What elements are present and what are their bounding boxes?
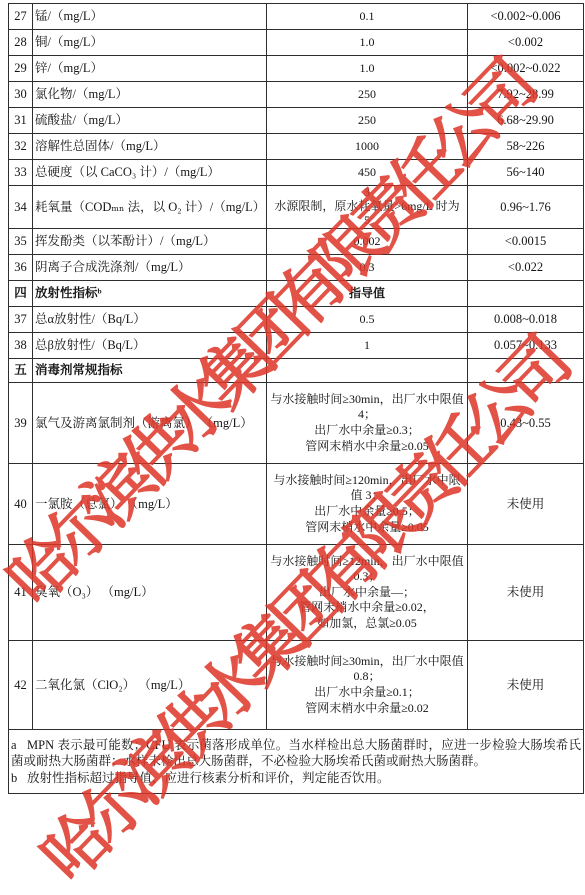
table-row: 42 二氧化氯（ClO₂） （mg/L） 与水接触时间≥30min，出厂水中限值… bbox=[9, 641, 584, 730]
table-row: 39 氯气及游离氯制剂（游离氯） （mg/L） 与水接触时间≥30min，出厂水… bbox=[9, 383, 584, 464]
range-cell: 0.43~0.55 bbox=[468, 383, 584, 464]
footnotes-row: aMPN 表示最可能数；CFU 表示菌落形成单位。当水样检出总大肠菌群时，应进一… bbox=[9, 730, 584, 794]
range-cell bbox=[468, 281, 584, 307]
range-cell: 58~226 bbox=[468, 134, 584, 160]
limit-cell: 0.3 bbox=[267, 255, 468, 281]
water-quality-table: 27 锰/（mg/L） 0.1 <0.002~0.006 28 铜/（mg/L）… bbox=[8, 3, 584, 794]
footnotes-cell: aMPN 表示最可能数；CFU 表示菌落形成单位。当水样检出总大肠菌群时，应进一… bbox=[9, 730, 584, 794]
limit-cell: 与水接触时间≥30min，出厂水中限值 0.8； 出厂水中余量≥0.1； 管网末… bbox=[267, 641, 468, 730]
table-row: 40 一氯胺（总氯） （mg/L） 与水接触时间≥120min，出厂水中限 值 … bbox=[9, 464, 584, 545]
table-row: 29 锌/（mg/L） 1.0 <0.002~0.022 bbox=[9, 56, 584, 82]
range-cell: 6.68~29.90 bbox=[468, 108, 584, 134]
table-row: 34 耗氧量（CODₘₙ 法，以 O₂ 计）/（mg/L） 3 水源限制，原水耗… bbox=[9, 186, 584, 229]
row-number-cell: 41 bbox=[9, 545, 33, 641]
limit-cell: 450 bbox=[267, 160, 468, 186]
indicator-name-cell: 锌/（mg/L） bbox=[33, 56, 267, 82]
table-row: 30 氯化物/（mg/L） 250 7.92~28.99 bbox=[9, 82, 584, 108]
indicator-name-cell: 硫酸盐/（mg/L） bbox=[33, 108, 267, 134]
indicator-name-cell: 臭氧（O₃） （mg/L） bbox=[33, 545, 267, 641]
table-row: 41 臭氧（O₃） （mg/L） 与水接触时间≥12min，出厂水中限值 0.3… bbox=[9, 545, 584, 641]
limit-cell: 1.0 bbox=[267, 30, 468, 56]
table-row: 28 铜/（mg/L） 1.0 <0.002 bbox=[9, 30, 584, 56]
indicator-name-cell: 总α放射性/（Bq/L） bbox=[33, 307, 267, 333]
row-number-cell: 五 bbox=[9, 359, 33, 383]
row-number-cell: 29 bbox=[9, 56, 33, 82]
footnote-b-marker: b bbox=[11, 770, 27, 786]
indicator-name-cell: 铜/（mg/L） bbox=[33, 30, 267, 56]
limit-cell: 与水接触时间≥120min，出厂水中限 值 3； 出厂水中余量≥0.5； 管网末… bbox=[267, 464, 468, 545]
table-row: 38 总β放射性/（Bq/L） 1 0.057~0.133 bbox=[9, 333, 584, 359]
indicator-name-cell: 总β放射性/（Bq/L） bbox=[33, 333, 267, 359]
table-row: 32 溶解性总固体/（mg/L） 1000 58~226 bbox=[9, 134, 584, 160]
range-cell bbox=[468, 359, 584, 383]
range-cell: <0.002~0.006 bbox=[468, 4, 584, 30]
row-number-cell: 31 bbox=[9, 108, 33, 134]
indicator-name-cell: 耗氧量（CODₘₙ 法，以 O₂ 计）/（mg/L） bbox=[33, 186, 267, 229]
range-cell: 56~140 bbox=[468, 160, 584, 186]
footnote-b: b放射性指标超过指导值，应进行核素分析和评价，判定能否饮用。 bbox=[11, 770, 581, 786]
range-cell: <0.022 bbox=[468, 255, 584, 281]
row-number-cell: 30 bbox=[9, 82, 33, 108]
indicator-name-cell: 溶解性总固体/（mg/L） bbox=[33, 134, 267, 160]
table-row: 35 挥发酚类（以苯酚计）/（mg/L） 0.002 <0.0015 bbox=[9, 229, 584, 255]
row-number-cell: 34 bbox=[9, 186, 33, 229]
row-number-cell: 37 bbox=[9, 307, 33, 333]
limit-cell: 1.0 bbox=[267, 56, 468, 82]
range-cell: 未使用 bbox=[468, 545, 584, 641]
row-number-cell: 28 bbox=[9, 30, 33, 56]
row-number-cell: 27 bbox=[9, 4, 33, 30]
section-title-cell: 放射性指标ᵇ bbox=[33, 281, 267, 307]
section-row-disinfectant: 五 消毒剂常规指标 bbox=[9, 359, 584, 383]
indicator-name-cell: 氯化物/（mg/L） bbox=[33, 82, 267, 108]
range-cell: <0.002~0.022 bbox=[468, 56, 584, 82]
limit-cell: 3 水源限制，原水耗氧量>6mg/L 时为 5 bbox=[267, 186, 468, 229]
table-row: 36 阴离子合成洗涤剂/（mg/L） 0.3 <0.022 bbox=[9, 255, 584, 281]
range-cell: 未使用 bbox=[468, 641, 584, 730]
table-row: 27 锰/（mg/L） 0.1 <0.002~0.006 bbox=[9, 4, 584, 30]
limit-cell: 0.5 bbox=[267, 307, 468, 333]
limit-cell: 250 bbox=[267, 108, 468, 134]
row-number-cell: 42 bbox=[9, 641, 33, 730]
row-number-cell: 36 bbox=[9, 255, 33, 281]
range-cell: 7.92~28.99 bbox=[468, 82, 584, 108]
table-row: 33 总硬度（以 CaCO₃ 计）/（mg/L） 450 56~140 bbox=[9, 160, 584, 186]
row-number-cell: 39 bbox=[9, 383, 33, 464]
limit-cell: 1000 bbox=[267, 134, 468, 160]
limit-cell: 指导值 bbox=[267, 281, 468, 307]
footnote-a-text: MPN 表示最可能数；CFU 表示菌落形成单位。当水样检出总大肠菌群时，应进一步… bbox=[11, 738, 581, 768]
indicator-name-cell: 总硬度（以 CaCO₃ 计）/（mg/L） bbox=[33, 160, 267, 186]
row-number-cell: 32 bbox=[9, 134, 33, 160]
range-cell: 0.057~0.133 bbox=[468, 333, 584, 359]
range-cell: 0.008~0.018 bbox=[468, 307, 584, 333]
indicator-name-cell: 锰/（mg/L） bbox=[33, 4, 267, 30]
range-cell: 未使用 bbox=[468, 464, 584, 545]
footnote-a: aMPN 表示最可能数；CFU 表示菌落形成单位。当水样检出总大肠菌群时，应进一… bbox=[11, 737, 581, 770]
row-number-cell: 38 bbox=[9, 333, 33, 359]
table-row: 31 硫酸盐/（mg/L） 250 6.68~29.90 bbox=[9, 108, 584, 134]
indicator-name-cell: 二氧化氯（ClO₂） （mg/L） bbox=[33, 641, 267, 730]
footnote-b-text: 放射性指标超过指导值，应进行核素分析和评价，判定能否饮用。 bbox=[27, 771, 390, 785]
range-cell: 0.96~1.76 bbox=[468, 186, 584, 229]
limit-cell bbox=[267, 359, 468, 383]
row-number-cell: 40 bbox=[9, 464, 33, 545]
row-number-cell: 四 bbox=[9, 281, 33, 307]
range-cell: <0.002 bbox=[468, 30, 584, 56]
footnote-a-marker: a bbox=[11, 737, 27, 753]
section-title-cell: 消毒剂常规指标 bbox=[33, 359, 267, 383]
table-row: 37 总α放射性/（Bq/L） 0.5 0.008~0.018 bbox=[9, 307, 584, 333]
limit-cell: 250 bbox=[267, 82, 468, 108]
limit-cell: 0.002 bbox=[267, 229, 468, 255]
indicator-name-cell: 一氯胺（总氯） （mg/L） bbox=[33, 464, 267, 545]
row-number-cell: 33 bbox=[9, 160, 33, 186]
section-row-radioactivity: 四 放射性指标ᵇ 指导值 bbox=[9, 281, 584, 307]
indicator-name-cell: 氯气及游离氯制剂（游离氯） （mg/L） bbox=[33, 383, 267, 464]
indicator-name-cell: 阴离子合成洗涤剂/（mg/L） bbox=[33, 255, 267, 281]
limit-cell: 与水接触时间≥30min，出厂水中限值 4； 出厂水中余量≥0.3； 管网末梢水… bbox=[267, 383, 468, 464]
range-cell: <0.0015 bbox=[468, 229, 584, 255]
row-number-cell: 35 bbox=[9, 229, 33, 255]
document-page: 27 锰/（mg/L） 0.1 <0.002~0.006 28 铜/（mg/L）… bbox=[0, 0, 585, 895]
limit-cell: 1 bbox=[267, 333, 468, 359]
limit-cell: 与水接触时间≥12min，出厂水中限值 0.3； 出厂水中余量—； 管网末梢水中… bbox=[267, 545, 468, 641]
limit-cell: 0.1 bbox=[267, 4, 468, 30]
indicator-name-cell: 挥发酚类（以苯酚计）/（mg/L） bbox=[33, 229, 267, 255]
